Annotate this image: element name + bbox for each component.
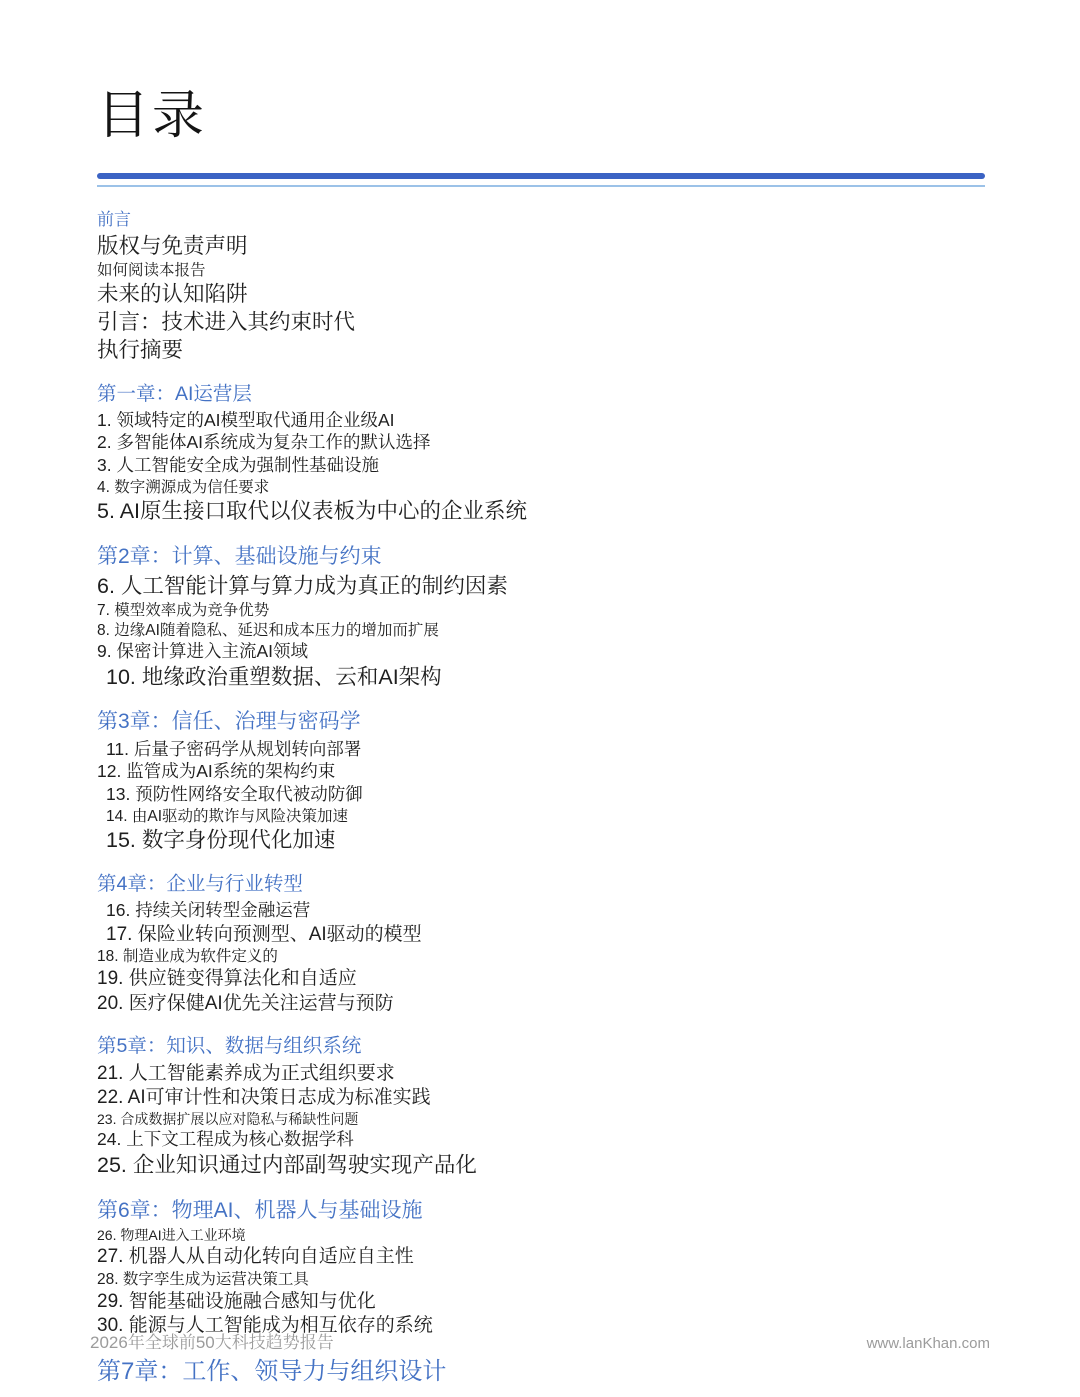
toc-section: 第7章：工作、领导力与组织设计 xyxy=(97,1357,985,1387)
toc-item[interactable]: 19. 供应链变得算法化和自适应 xyxy=(97,967,985,991)
toc-item[interactable]: 如何阅读本报告 xyxy=(97,261,985,280)
toc-item[interactable]: 执行摘要 xyxy=(97,337,985,364)
toc-item[interactable]: 3. 人工智能安全成为强制性基础设施 xyxy=(97,455,985,477)
toc-item[interactable]: 22. AI可审计性和决策日志成为标准实践 xyxy=(97,1086,985,1110)
toc-section: 第一章：AI运营层1. 领域特定的AI模型取代通用企业级AI2. 多智能体AI系… xyxy=(97,382,985,524)
toc-item[interactable]: 引言：技术进入其约束时代 xyxy=(97,309,985,336)
toc-item[interactable]: 13. 预防性网络安全取代被动防御 xyxy=(97,784,985,806)
toc-section: 前言版权与免责声明如何阅读本报告未来的认知陷阱引言：技术进入其约束时代执行摘要 xyxy=(97,209,985,363)
toc-item[interactable]: 7. 模型效率成为竞争优势 xyxy=(97,601,985,620)
divider-thin-line xyxy=(97,185,985,187)
toc: 前言版权与免责声明如何阅读本报告未来的认知陷阱引言：技术进入其约束时代执行摘要第… xyxy=(97,209,985,1387)
toc-section-heading[interactable]: 第4章：企业与行业转型 xyxy=(97,872,985,896)
divider-thick-line xyxy=(97,173,985,179)
toc-item[interactable]: 21. 人工智能素养成为正式组织要求 xyxy=(97,1062,985,1086)
toc-section: 第2章：计算、基础设施与约束6. 人工智能计算与算力成为真正的制约因素7. 模型… xyxy=(97,544,985,691)
toc-page: 目录 前言版权与免责声明如何阅读本报告未来的认知陷阱引言：技术进入其约束时代执行… xyxy=(0,0,1080,1397)
toc-item[interactable]: 18. 制造业成为软件定义的 xyxy=(97,947,985,966)
footer-report-title: 2026年全球前50大科技趋势报告 xyxy=(90,1328,334,1353)
toc-item[interactable]: 10. 地缘政治重塑数据、云和AI架构 xyxy=(97,664,985,691)
toc-item[interactable]: 14. 由AI驱动的欺诈与风险决策加速 xyxy=(97,807,985,826)
title-divider xyxy=(97,173,985,187)
toc-item[interactable]: 28. 数字孪生成为运营决策工具 xyxy=(97,1270,985,1289)
page-footer: 2026年全球前50大科技趋势报告 www.lanKhan.com xyxy=(90,1328,990,1353)
toc-item[interactable]: 版权与免责声明 xyxy=(97,233,985,260)
toc-section-heading[interactable]: 第一章：AI运营层 xyxy=(97,382,985,406)
toc-item[interactable]: 17. 保险业转向预测型、AI驱动的模型 xyxy=(97,923,985,947)
toc-section-heading[interactable]: 第3章：信任、治理与密码学 xyxy=(97,709,985,735)
toc-item[interactable]: 4. 数字溯源成为信任要求 xyxy=(97,478,985,497)
toc-item[interactable]: 20. 医疗保健AI优先关注运营与预防 xyxy=(97,992,985,1016)
toc-item[interactable]: 8. 边缘AI随着隐私、延迟和成本压力的增加而扩展 xyxy=(97,621,985,640)
toc-section-heading[interactable]: 第6章：物理AI、机器人与基础设施 xyxy=(97,1198,985,1224)
toc-item[interactable]: 11. 后量子密码学从规划转向部署 xyxy=(97,739,985,761)
toc-item[interactable]: 2. 多智能体AI系统成为复杂工作的默认选择 xyxy=(97,432,985,454)
toc-item[interactable]: 25. 企业知识通过内部副驾驶实现产品化 xyxy=(97,1152,985,1179)
toc-item[interactable]: 15. 数字身份现代化加速 xyxy=(97,827,985,854)
toc-item[interactable]: 9. 保密计算进入主流AI领域 xyxy=(97,641,985,663)
toc-section: 第5章：知识、数据与组织系统21. 人工智能素养成为正式组织要求22. AI可审… xyxy=(97,1034,985,1178)
toc-item[interactable]: 未来的认知陷阱 xyxy=(97,281,985,308)
toc-item[interactable]: 26. 物理AI进入工业环境 xyxy=(97,1227,985,1244)
toc-content: 目录 前言版权与免责声明如何阅读本报告未来的认知陷阱引言：技术进入其约束时代执行… xyxy=(97,88,985,1390)
toc-item[interactable]: 12. 监管成为AI系统的架构约束 xyxy=(97,761,985,783)
toc-item[interactable]: 5. AI原生接口取代以仪表板为中心的企业系统 xyxy=(97,498,985,525)
page-title: 目录 xyxy=(97,88,985,145)
toc-section-heading[interactable]: 第7章：工作、领导力与组织设计 xyxy=(97,1357,985,1387)
toc-item[interactable]: 6. 人工智能计算与算力成为真正的制约因素 xyxy=(97,573,985,600)
toc-item[interactable]: 23. 合成数据扩展以应对隐私与稀缺性问题 xyxy=(97,1111,985,1128)
toc-section: 第6章：物理AI、机器人与基础设施26. 物理AI进入工业环境27. 机器人从自… xyxy=(97,1198,985,1338)
footer-website-url: www.lanKhan.com xyxy=(867,1335,990,1352)
toc-item[interactable]: 29. 智能基础设施融合感知与优化 xyxy=(97,1290,985,1314)
toc-section-heading[interactable]: 第5章：知识、数据与组织系统 xyxy=(97,1034,985,1058)
toc-section: 第4章：企业与行业转型16. 持续关闭转型金融运营17. 保险业转向预测型、AI… xyxy=(97,872,985,1015)
toc-item[interactable]: 27. 机器人从自动化转向自适应自主性 xyxy=(97,1245,985,1269)
toc-section-heading[interactable]: 第2章：计算、基础设施与约束 xyxy=(97,544,985,570)
toc-section: 第3章：信任、治理与密码学11. 后量子密码学从规划转向部署12. 监管成为AI… xyxy=(97,709,985,853)
toc-section-heading[interactable]: 前言 xyxy=(97,209,985,230)
toc-item[interactable]: 1. 领域特定的AI模型取代通用企业级AI xyxy=(97,410,985,432)
toc-item[interactable]: 24. 上下文工程成为核心数据学科 xyxy=(97,1129,985,1151)
toc-item[interactable]: 16. 持续关闭转型金融运营 xyxy=(97,900,985,922)
